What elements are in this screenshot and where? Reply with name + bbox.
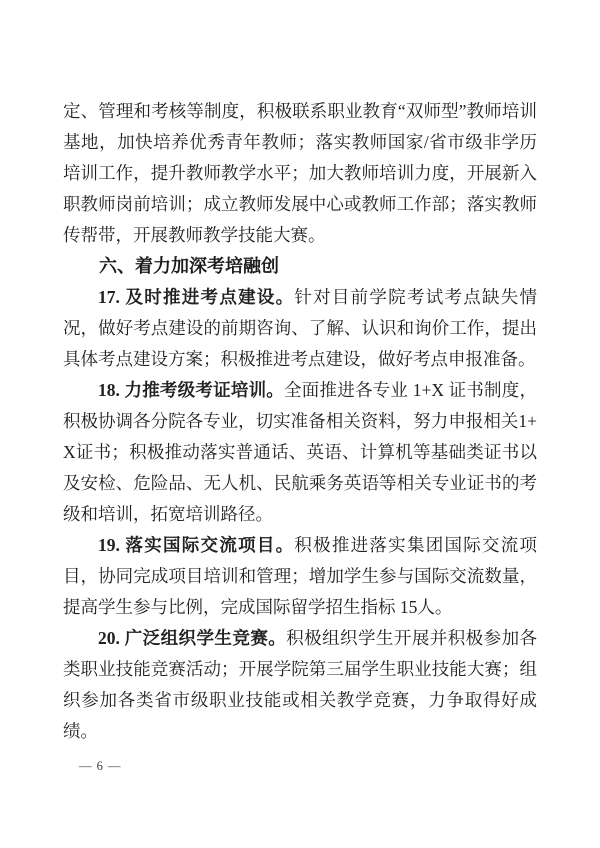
- item-19-lead: 19. 落实国际交流项目。: [98, 535, 294, 555]
- page-number: — 6 —: [79, 758, 122, 774]
- continuation-paragraph: 定、管理和考核等制度，积极联系职业教育“双师型”教师培训基地，加快培养优秀青年教…: [63, 96, 537, 251]
- item-20-lead: 20. 广泛组织学生竞赛。: [98, 628, 286, 648]
- item-paragraph-18: 18. 力推考级考证培训。全面推进各专业 1+X 证书制度，积极协调各分院各专业…: [63, 375, 537, 530]
- document-page: 定、管理和考核等制度，积极联系职业教育“双师型”教师培训基地，加快培养优秀青年教…: [0, 0, 600, 848]
- item-paragraph-17: 17. 及时推进考点建设。针对目前学院考试考点缺失情况，做好考点建设的前期咨询、…: [63, 282, 537, 375]
- section-heading: 六、着力加深考培融创: [63, 251, 537, 282]
- item-18-body: 全面推进各专业 1+X 证书制度，积极协调各分院各专业，切实准备相关资料，努力申…: [63, 380, 537, 524]
- item-paragraph-19: 19. 落实国际交流项目。积极推进落实集团国际交流项目，协同完成项目培训和管理；…: [63, 530, 537, 623]
- item-18-lead: 18. 力推考级考证培训。: [98, 380, 284, 400]
- item-17-lead: 17. 及时推进考点建设。: [98, 287, 294, 307]
- item-paragraph-20: 20. 广泛组织学生竞赛。积极组织学生开展并积极参加各类职业技能竞赛活动；开展学…: [63, 623, 537, 747]
- document-body: 定、管理和考核等制度，积极联系职业教育“双师型”教师培训基地，加快培养优秀青年教…: [63, 96, 537, 747]
